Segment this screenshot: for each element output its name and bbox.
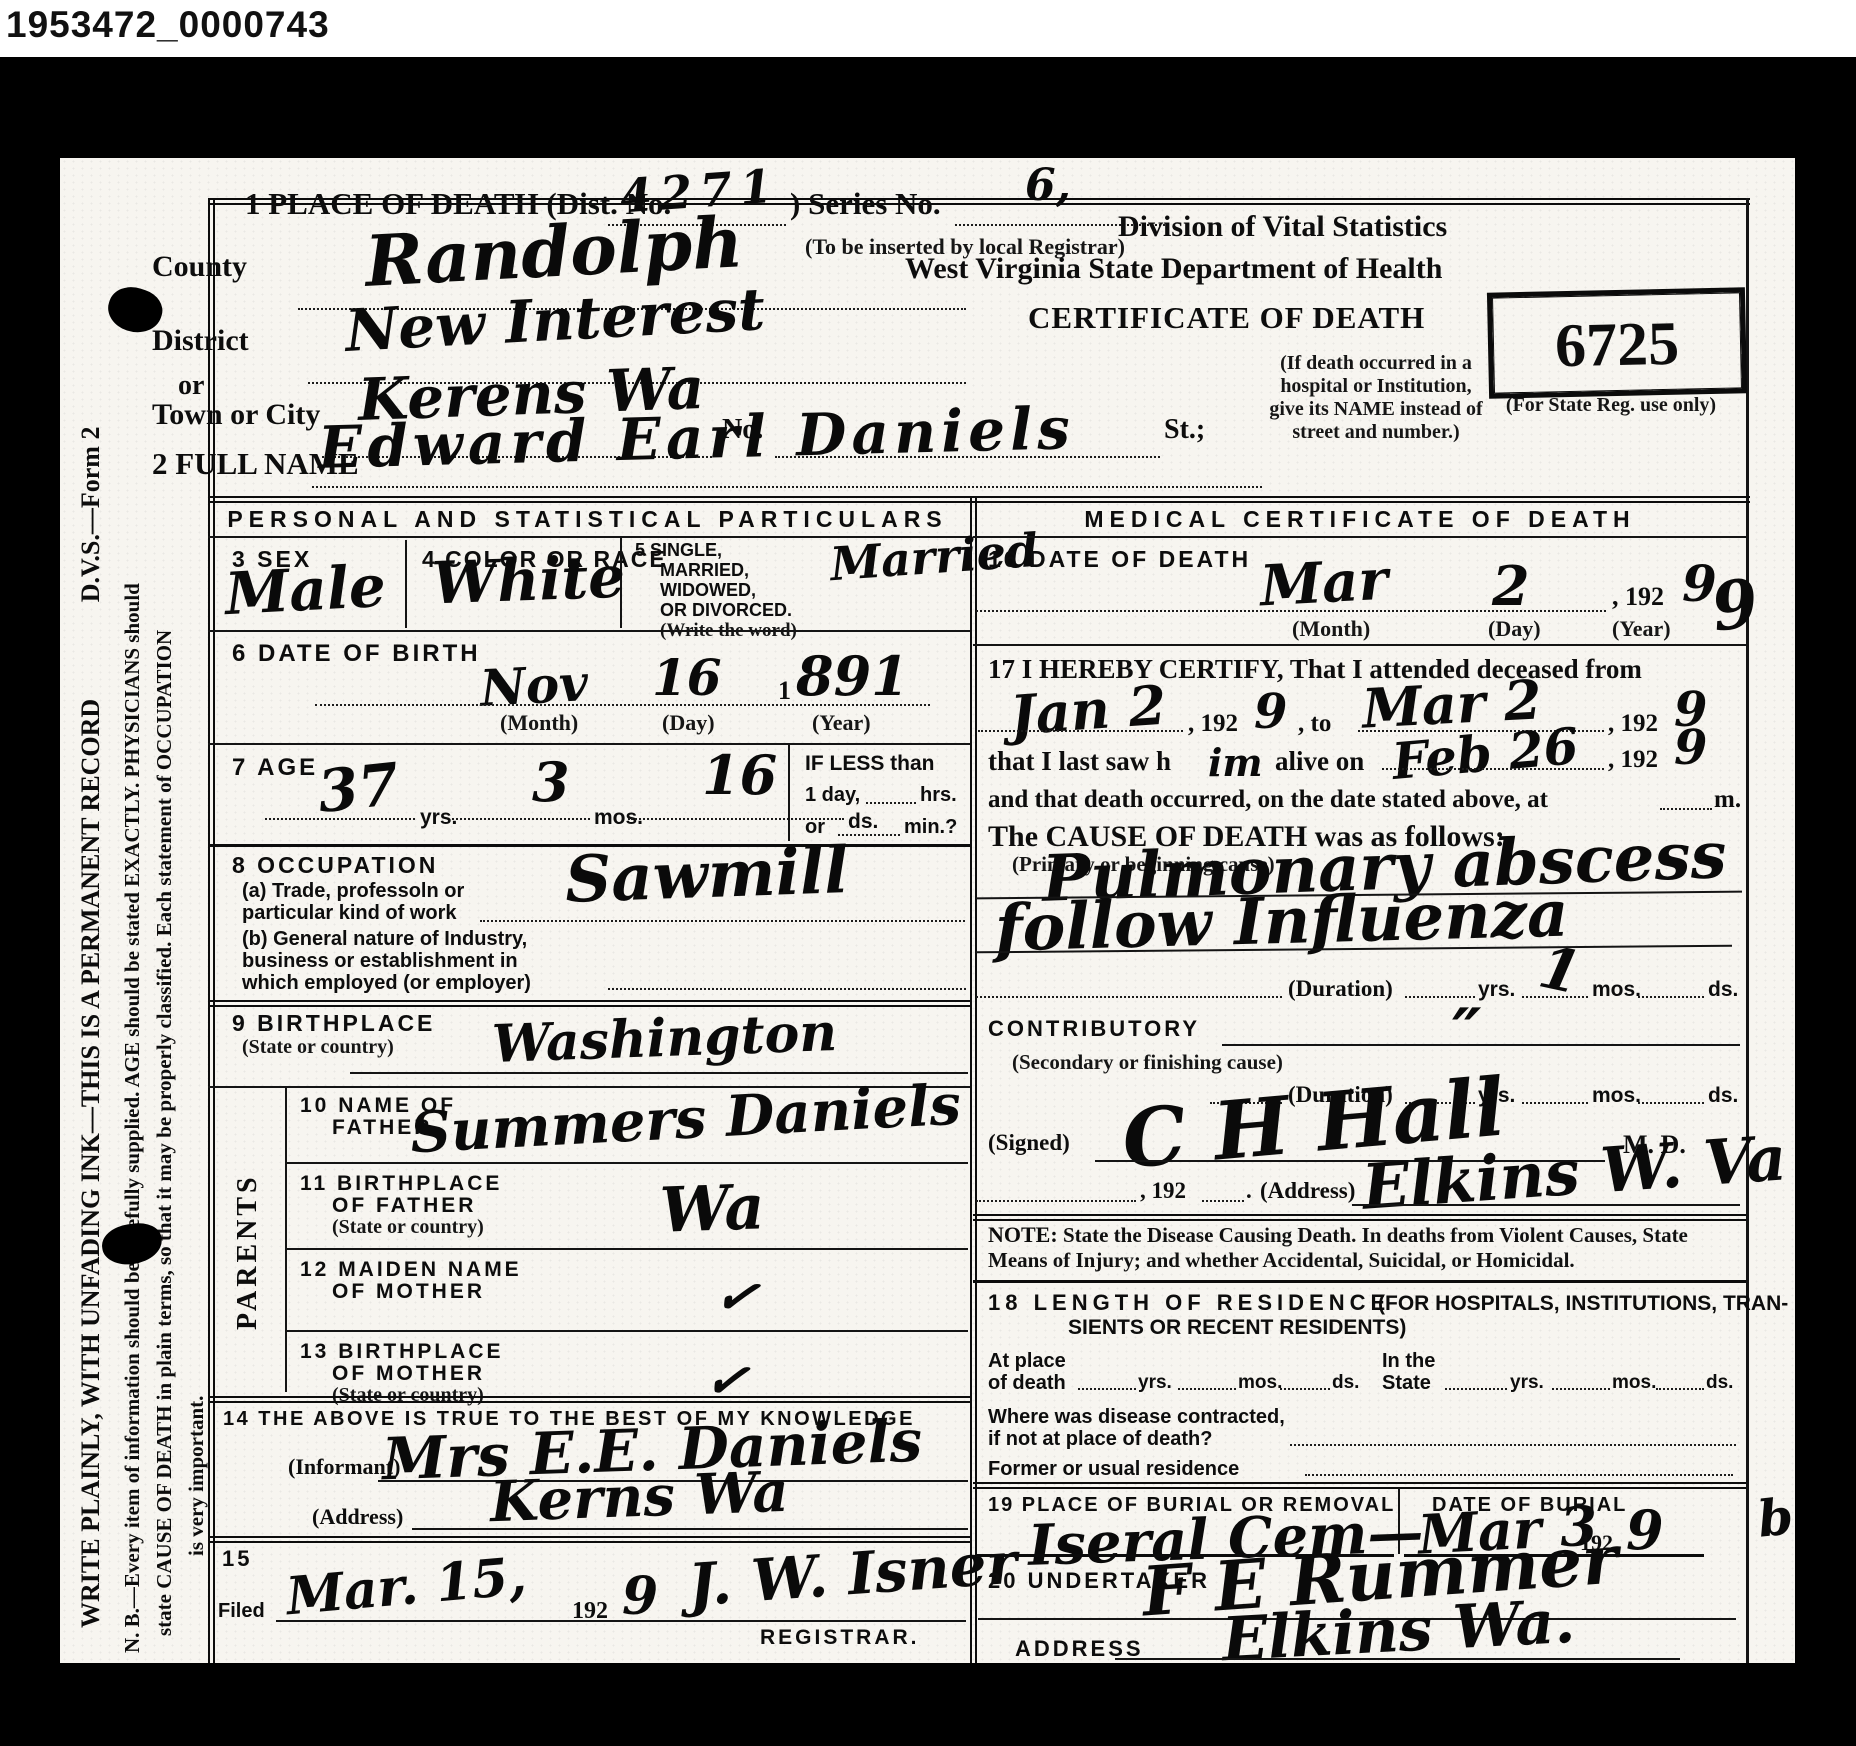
dob-year-value: 891 [796, 644, 909, 708]
instate-ds-label: ds. [1706, 1372, 1733, 1394]
if-less-label: IF LESS than [805, 752, 935, 776]
him-value: im [1208, 740, 1263, 785]
scan-id-label: 1953472_0000743 [6, 4, 330, 46]
dob-line [315, 704, 930, 706]
undertaker-address-line [1115, 1658, 1680, 1660]
marital-label-l2: MARRIED, [660, 560, 749, 581]
cert-number: 6725 [1554, 310, 1679, 381]
mother-name-label-l1: 12 MAIDEN NAME [300, 1258, 522, 1282]
residence-paren1: (FOR HOSPITALS, INSTITUTIONS, TRAN- [1378, 1292, 1788, 1316]
item15-label: 15 [222, 1546, 252, 1572]
dob-day-value: 16 [652, 648, 722, 707]
occ-a-line1: (a) Trade, professoln or [242, 880, 464, 903]
birthplace-caption: (State or country) [242, 1036, 394, 1059]
duration2-mos-label: mos. [1592, 1084, 1641, 1108]
form-right-border [1746, 198, 1749, 1663]
mother-bp-label-l1: 13 BIRTHPLACE [300, 1340, 504, 1364]
alive-line [1382, 768, 1604, 770]
contributory-label: CONTRIBUTORY [988, 1016, 1200, 1042]
instate-mos-label: mos. [1612, 1372, 1656, 1394]
mother-name-label-l2: OF MOTHER [332, 1280, 485, 1304]
burial-year-value: 9 [1626, 1498, 1664, 1562]
occ-b-line [608, 988, 966, 990]
mother-name-line [285, 1330, 968, 1332]
filed-line [276, 1620, 966, 1622]
sig-address-line [1352, 1204, 1740, 1206]
margin-note-line1: N. B.—Every item of information should b… [120, 583, 145, 1653]
occupation-label: 8 OCCUPATION [232, 852, 438, 879]
dod-year-printed: , 192 [1612, 582, 1664, 612]
duration2-ds-label: ds. [1708, 1084, 1738, 1108]
division-title: Division of Vital Statistics [1118, 210, 1447, 244]
min-line [838, 834, 900, 836]
cert-note: (For State Reg. use only) [1480, 394, 1742, 417]
former-residence-line [1305, 1474, 1733, 1476]
one-day-label: 1 day, [805, 784, 860, 807]
county-label: County [152, 250, 247, 284]
dob-year-printed: 1 [778, 676, 791, 706]
personal-section-title: PERSONAL AND STATISTICAL PARTICULARS [215, 506, 960, 533]
margin-form-number: D.V.S.—Form 2 [76, 427, 105, 603]
m-label: m. [1714, 786, 1741, 814]
header-bottom-rule [208, 496, 1750, 503]
occ-b-line3: which employed (or employer) [242, 972, 531, 995]
last-saw-label: that I last saw h [988, 746, 1171, 777]
to-year-printed: , 192 [1608, 710, 1658, 738]
parents-bottom-rule [208, 1396, 970, 1403]
margin-note-line3: is very important. [184, 1396, 209, 1556]
marital-label-l1: 5 SINGLE, [635, 540, 722, 560]
note-bottom-rule [973, 1280, 1746, 1283]
duration1-ds-label: ds. [1708, 978, 1738, 1002]
dod-year-caption: (Year) [1612, 616, 1671, 642]
min-label: min.? [904, 816, 957, 839]
series-no-label: ) Series No. [790, 186, 941, 222]
town-label: Town or City [152, 398, 320, 432]
contracted-line [1290, 1444, 1736, 1446]
dob-year-caption: (Year) [812, 710, 871, 736]
atplace-yrs-label: yrs. [1138, 1372, 1172, 1394]
stray-ink-mark: 9 [1707, 563, 1763, 647]
birthplace-value: Washington [491, 1002, 838, 1075]
father-bp-line [285, 1248, 968, 1250]
dod-label: 16 DATE OF DEATH [988, 546, 1251, 573]
duration1-yrs-label: yrs. [1478, 978, 1515, 1002]
dod-line [976, 610, 1606, 612]
informant-address-caption: (Address) [312, 1504, 403, 1530]
mother-bp-value: ✓ [701, 1347, 753, 1413]
occurred-label: and that death occurred, on the date sta… [988, 786, 1548, 814]
age-label: 7 AGE [232, 754, 318, 782]
at-place-label-l2: of death [988, 1372, 1066, 1395]
atplace-yrs-line [1078, 1388, 1136, 1390]
duration1-mos-label: mos. [1592, 978, 1641, 1002]
instate-yrs-label: yrs. [1510, 1372, 1544, 1394]
occupation-value: Sawmill [564, 833, 850, 918]
row345-bottom-rule [208, 630, 970, 632]
marital-label-l4: OR DIVORCED. [660, 600, 792, 621]
st-label: St.; [1164, 414, 1205, 446]
medical-title-rule [973, 536, 1746, 538]
dob-month-value: Nov [479, 653, 590, 718]
contributory-value: ″ [1452, 994, 1482, 1072]
former-residence-label: Former or usual residence [988, 1458, 1239, 1481]
medical-section-title: MEDICAL CERTIFICATE OF DEATH [980, 506, 1740, 533]
atplace-mos-line [1178, 1388, 1236, 1390]
residence-paren2: SIENTS OR RECENT RESIDENTS) [1068, 1316, 1406, 1340]
mother-bp-label-l2: OF MOTHER [332, 1362, 485, 1386]
duration2-mos-line [1522, 1102, 1588, 1104]
residence-label-main: 18 LENGTH OF RESIDENCE [988, 1290, 1390, 1316]
district-label: District [152, 324, 249, 358]
attended-from-value: Jan 2 [1008, 673, 1168, 748]
hrs-label: hrs. [920, 784, 957, 807]
fullname-line [312, 486, 1262, 488]
instate-ds-line [1656, 1388, 1704, 1390]
instate-mos-line [1552, 1388, 1610, 1390]
informant-address-line [412, 1528, 968, 1530]
series-no-value: 6, [1025, 160, 1071, 211]
contracted-label-l1: Where was disease contracted, [988, 1406, 1285, 1429]
mother-name-value: ✓ [710, 1263, 764, 1331]
alive-on-label: alive on [1275, 746, 1364, 777]
cert-number-box: 6725 [1487, 287, 1747, 398]
cause-line2-value: follow Influenza [994, 877, 1569, 967]
contracted-label-l2: if not at place of death? [988, 1428, 1212, 1451]
at-place-label-l1: At place [988, 1350, 1066, 1373]
row16-bottom-rule [973, 644, 1746, 646]
occ-a-line [480, 920, 965, 922]
from-year-printed: , 192 [1188, 710, 1238, 738]
alive-year-value: 9 [1674, 720, 1707, 776]
age-ds-label: ds. [848, 810, 878, 834]
instate-yrs-line [1445, 1388, 1507, 1390]
signed-caption: (Signed) [988, 1130, 1070, 1156]
sig-address-caption: (Address) [1260, 1178, 1355, 1204]
age-yrs-line [265, 818, 415, 820]
margin-note-line2: state CAUSE OF DEATH in plain terms, so … [152, 630, 177, 1636]
dod-month-value: Mar [1258, 547, 1389, 620]
signed-bottom-rule [973, 1214, 1746, 1221]
scanned-death-certificate: 1953472_0000743 WRITE PLAINLY, WITH UNFA… [0, 0, 1856, 1746]
atplace-ds-line [1280, 1388, 1330, 1390]
occ-a-line2: particular kind of work [242, 902, 456, 925]
filed-year-value: 9 [622, 1566, 658, 1627]
occ-b-line1: (b) General nature of Industry, [242, 928, 527, 951]
father-bp-label-l2: OF FATHER [332, 1194, 476, 1218]
sig-year-printed: , 192 [1140, 1178, 1186, 1204]
filed-date-value: Mar. 15, [284, 1546, 529, 1628]
certificate-paper: WRITE PLAINLY, WITH UNFADING INK—THIS IS… [60, 158, 1795, 1663]
father-bp-caption: (State or country) [332, 1216, 484, 1239]
atplace-mos-label: mos. [1238, 1372, 1282, 1394]
row6-bottom-rule [208, 743, 970, 745]
margin-write-plainly: WRITE PLAINLY, WITH UNFADING INK—THIS IS… [76, 699, 105, 1628]
race-value: White [431, 543, 626, 618]
hospital-note: (If death occurred in a hospital or Inst… [1266, 352, 1486, 444]
duration1-lead-line [976, 996, 1282, 998]
certificate-title: CERTIFICATE OF DEATH [1028, 300, 1425, 336]
father-bp-value: Wa [659, 1170, 766, 1247]
informant-address-value: Kerns Wa [489, 1459, 790, 1535]
age-years-value: 37 [315, 750, 402, 826]
sex-race-divider [405, 540, 407, 628]
dob-label: 6 DATE OF BIRTH [232, 640, 481, 668]
instate-label-l2: State [1382, 1372, 1431, 1395]
sig-date-line [976, 1200, 1136, 1202]
note-text: State the Disease Causing Death. In deat… [988, 1223, 1688, 1272]
scan-id-bar: 1953472_0000743 [0, 0, 1856, 57]
parents-label: PARENTS [232, 1173, 264, 1330]
secondary-caption: (Secondary or finishing cause) [1012, 1050, 1283, 1075]
row18-bottom-rule [973, 1482, 1746, 1489]
age-months-value: 3 [532, 750, 570, 814]
birthplace-line [350, 1072, 968, 1074]
filed-label: Filed [218, 1600, 265, 1623]
age-days-value: 16 [702, 743, 777, 807]
dod-day-value: 2 [1492, 554, 1530, 618]
marital-label-l3: WIDOWED, [660, 580, 756, 601]
sex-value: Male [223, 552, 387, 628]
to-label: , to [1298, 710, 1331, 738]
dod-day-caption: (Day) [1488, 616, 1541, 642]
registrar-label: REGISTRAR. [760, 1626, 920, 1650]
birthplace-label: 9 BIRTHPLACE [232, 1010, 435, 1037]
occ-b-line2: business or establishment in [242, 950, 518, 973]
father-name-line [285, 1162, 968, 1164]
from-year-value: 9 [1254, 684, 1287, 740]
father-bp-label-l1: 11 BIRTHPLACE [300, 1172, 502, 1196]
department-title: West Virginia State Department of Health [905, 252, 1442, 286]
duration2-ds-line [1638, 1102, 1704, 1104]
from-line [978, 730, 1183, 732]
duration1-ds-line [1638, 996, 1704, 998]
note-label: NOTE: [988, 1222, 1058, 1247]
sig-period: . [1246, 1178, 1252, 1204]
duration1-caption: (Duration) [1288, 976, 1393, 1002]
age-ifless-divider [788, 743, 790, 841]
margin-bold-instruction: WRITE PLAINLY, WITH UNFADING INK—THIS IS… [76, 427, 106, 1628]
dod-month-caption: (Month) [1292, 616, 1370, 642]
occurred-line [1660, 808, 1712, 810]
alive-year-printed: , 192 [1608, 746, 1658, 774]
sig-year-line [1202, 1200, 1244, 1202]
stray-ink-mark-2: b [1755, 1486, 1796, 1548]
dob-day-caption: (Day) [662, 710, 715, 736]
parents-divider [285, 1086, 287, 1392]
instate-label-l1: In the [1382, 1350, 1435, 1373]
age-mos-line [452, 818, 590, 820]
dob-month-caption: (Month) [500, 710, 578, 736]
hrs-line [866, 802, 916, 804]
row8-bottom-rule [208, 1000, 970, 1007]
atplace-ds-label: ds. [1332, 1372, 1359, 1394]
